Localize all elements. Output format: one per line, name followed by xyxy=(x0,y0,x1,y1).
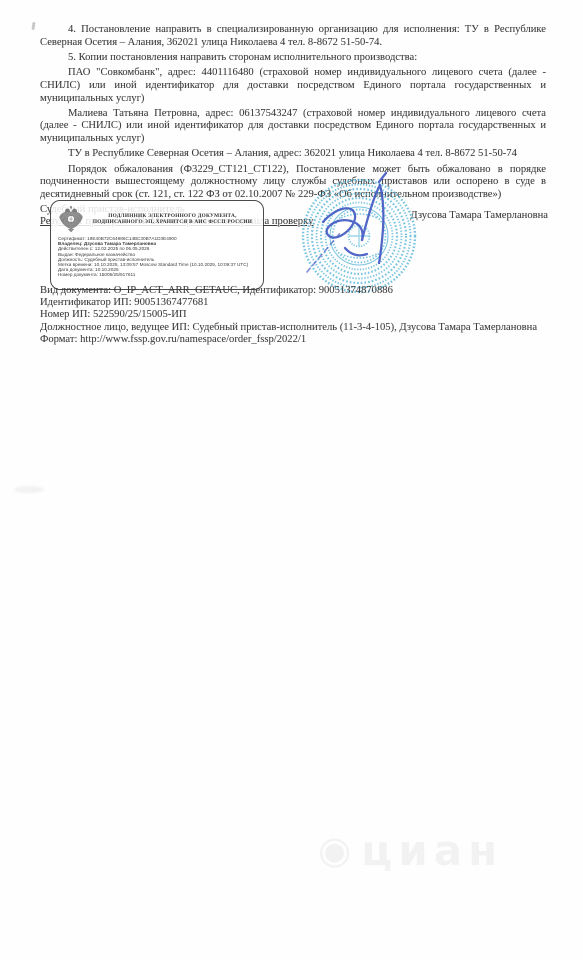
stamp-title-line2: ПОДПИСАННОГО ЭП, ХРАНИТСЯ В АИС ФССП РОС… xyxy=(89,219,256,225)
paragraph-item-4: 4. Постановление направить в специализир… xyxy=(40,24,546,49)
scan-smudge-artifact xyxy=(14,486,44,493)
meta-doc-type: Вид документа: O_IP_ACT_ARR_GETAUC, Иден… xyxy=(40,285,560,297)
scanned-document-page: 4. Постановление направить в специализир… xyxy=(0,0,583,960)
watermark-text: циан xyxy=(361,826,503,875)
document-body: 4. Постановление направить в специализир… xyxy=(40,24,546,228)
stamp-line-doc-number: Номер документа: 15005/25/917611 xyxy=(58,272,256,277)
signer-name: Дзусова Тамара Тамерлановна xyxy=(410,210,548,223)
paragraph-tu-address: ТУ в Республике Северная Осетия – Алания… xyxy=(40,148,546,161)
meta-ip-identifier: Идентификатор ИП: 90051367477681 xyxy=(40,297,560,309)
scan-smudge-artifact xyxy=(31,22,35,30)
paragraph-claimant-bank: ПАО "Совкомбанк", адрес: 4401116480 (стр… xyxy=(40,67,546,105)
paragraph-appeal-procedure: Порядок обжалования (Ф3229_СТ121_СТ122),… xyxy=(40,164,546,202)
stamp-certificate-details: Сертификат: 19Е40В72С64986С14ВС30В7А1D3Е… xyxy=(58,236,256,278)
watermark-pin-icon: ◉ xyxy=(318,831,351,869)
stamp-title: ПОДЛИННИК ЭЛЕКТРОННОГО ДОКУМЕНТА, ПОДПИС… xyxy=(89,213,256,226)
stamp-header: ПОДЛИННИК ЭЛЕКТРОННОГО ДОКУМЕНТА, ПОДПИС… xyxy=(58,205,256,233)
meta-format-url: Формат: http://www.fssp.gov.ru/namespace… xyxy=(40,334,560,346)
paragraph-debtor: Малиева Татьяна Петровна, адрес: 0613754… xyxy=(40,108,546,146)
meta-ip-number: Номер ИП: 522590/25/15005-ИП xyxy=(40,309,560,321)
site-watermark: ◉ циан xyxy=(318,824,558,876)
paragraph-item-5: 5. Копии постановления направить сторона… xyxy=(40,52,546,65)
document-metadata-footer: Вид документа: O_IP_ACT_ARR_GETAUC, Иден… xyxy=(40,285,560,346)
meta-official: Должностное лицо, ведущее ИП: Судебный п… xyxy=(40,322,560,334)
esignature-certificate-stamp: ПОДЛИННИК ЭЛЕКТРОННОГО ДОКУМЕНТА, ПОДПИС… xyxy=(50,200,264,290)
russia-coat-of-arms-eagle-icon xyxy=(58,205,84,233)
